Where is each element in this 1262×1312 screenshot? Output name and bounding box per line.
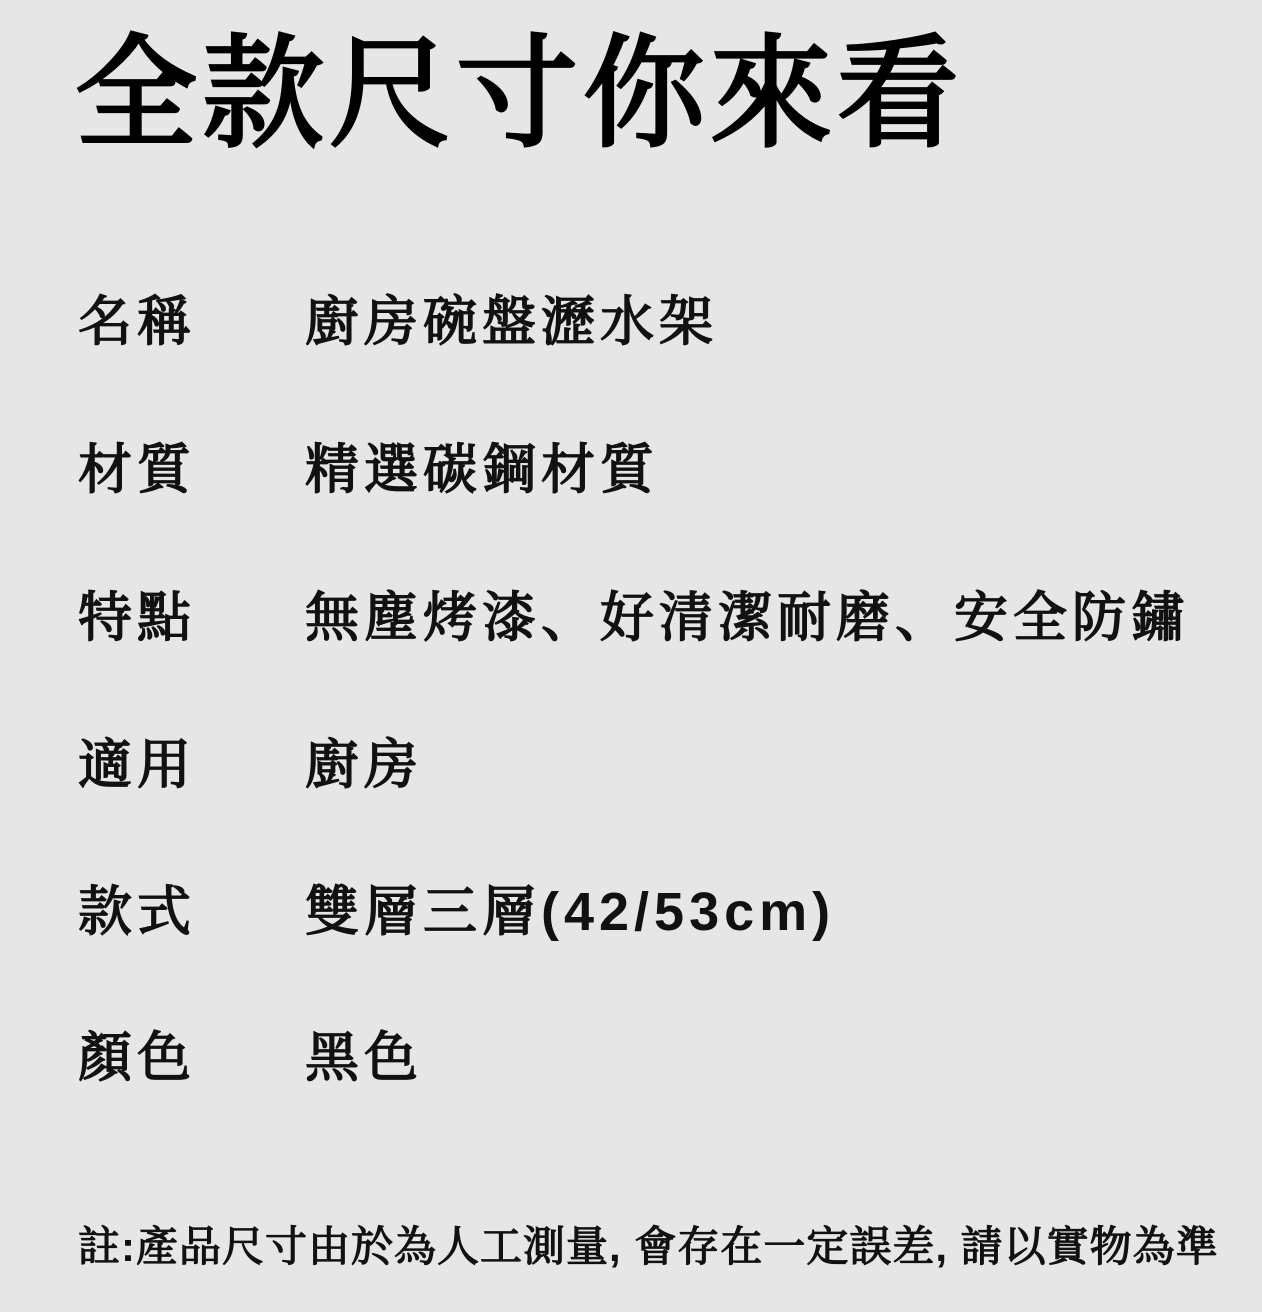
- spec-value-material: 精選碳鋼材質: [305, 439, 659, 501]
- measurement-disclaimer-note: 註:產品尺寸由於為人工測量, 會存在一定誤差, 請以實物為準: [78, 1222, 1219, 1272]
- spec-row-style: 款式 雙層三層(42/53cm): [78, 881, 835, 943]
- spec-value-name: 廚房碗盤瀝水架: [305, 291, 718, 353]
- spec-label-features: 特點: [78, 587, 305, 649]
- spec-value-color: 黑色: [305, 1027, 423, 1089]
- spec-label-usage: 適用: [78, 734, 305, 796]
- spec-row-name: 名稱 廚房碗盤瀝水架: [78, 291, 718, 353]
- spec-value-style: 雙層三層(42/53cm): [305, 881, 835, 943]
- spec-row-features: 特點 無塵烤漆、好清潔耐磨、安全防鏽: [78, 587, 1190, 649]
- spec-row-material: 材質 精選碳鋼材質: [78, 439, 659, 501]
- spec-label-name: 名稱: [78, 291, 305, 353]
- spec-value-features: 無塵烤漆、好清潔耐磨、安全防鏽: [305, 587, 1190, 649]
- spec-label-style: 款式: [78, 881, 305, 943]
- spec-row-usage: 適用 廚房: [78, 734, 423, 796]
- spec-label-material: 材質: [78, 439, 305, 501]
- spec-list: 名稱 廚房碗盤瀝水架 材質 精選碳鋼材質 特點 無塵烤漆、好清潔耐磨、安全防鏽 …: [0, 0, 1262, 1312]
- spec-row-color: 顏色 黑色: [78, 1027, 423, 1089]
- spec-value-usage: 廚房: [305, 734, 423, 796]
- spec-label-color: 顏色: [78, 1027, 305, 1089]
- product-spec-sheet: 全款尺寸你來看 名稱 廚房碗盤瀝水架 材質 精選碳鋼材質 特點 無塵烤漆、好清潔…: [0, 0, 1262, 1312]
